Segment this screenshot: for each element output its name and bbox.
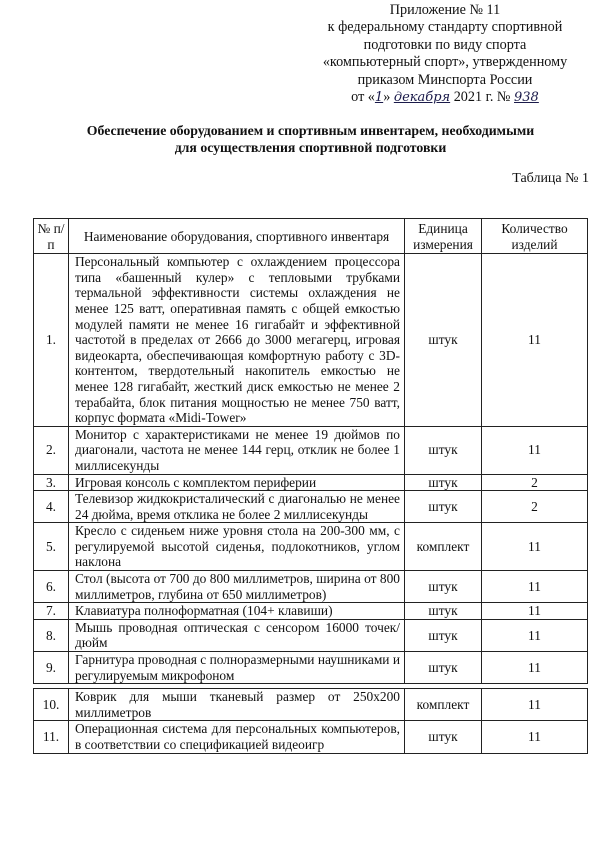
appendix-line: приказом Минспорта России bbox=[300, 72, 590, 89]
handwritten-day: 1 bbox=[375, 90, 383, 105]
header-number: № п/п bbox=[34, 219, 69, 254]
row-number: 10. bbox=[34, 689, 69, 721]
row-number: 4. bbox=[34, 491, 69, 523]
equipment-table: № п/п Наименование оборудования, спортив… bbox=[33, 218, 588, 754]
table-row: 10.Коврик для мыши тканевый размер от 25… bbox=[34, 689, 588, 721]
row-name: Гарнитура проводная с полноразмерными на… bbox=[69, 652, 405, 684]
row-number: 6. bbox=[34, 571, 69, 603]
row-number: 11. bbox=[34, 721, 69, 753]
row-name: Персональный компьютер с охлаждением про… bbox=[69, 254, 405, 427]
row-unit: штук bbox=[405, 254, 482, 427]
row-unit: штук bbox=[405, 474, 482, 491]
table-row: 8.Мышь проводная оптическая с сенсором 1… bbox=[34, 619, 588, 651]
row-number: 2. bbox=[34, 426, 69, 474]
row-quantity: 2 bbox=[482, 491, 588, 523]
date-mid: » bbox=[383, 89, 390, 105]
handwritten-month: декабря bbox=[394, 90, 450, 105]
appendix-line: Приложение № 11 bbox=[300, 2, 590, 19]
document-title: Обеспечение оборудованием и спортивным и… bbox=[30, 122, 591, 156]
table-label: Таблица № 1 bbox=[512, 171, 589, 187]
row-name: Клавиатура полноформатная (104+ клавиши) bbox=[69, 603, 405, 620]
appendix-line: к федеральному стандарту спортивной bbox=[300, 19, 590, 36]
table-row: 2.Монитор с характеристиками не менее 19… bbox=[34, 426, 588, 474]
table-row: 4.Телевизор жидкокристалический с диагон… bbox=[34, 491, 588, 523]
title-line: Обеспечение оборудованием и спортивным и… bbox=[30, 122, 591, 139]
row-quantity: 11 bbox=[482, 426, 588, 474]
row-quantity: 11 bbox=[482, 254, 588, 427]
row-name: Игровая консоль с комплектом периферии bbox=[69, 474, 405, 491]
row-number: 3. bbox=[34, 474, 69, 491]
handwritten-order-number: 938 bbox=[514, 90, 539, 105]
date-year: 2021 г. № bbox=[454, 89, 511, 105]
row-quantity: 11 bbox=[482, 619, 588, 651]
row-number: 8. bbox=[34, 619, 69, 651]
row-quantity: 2 bbox=[482, 474, 588, 491]
order-date-line: от «1» декабря 2021 г. № 938 bbox=[300, 89, 590, 106]
date-prefix: от « bbox=[351, 89, 375, 105]
row-unit: комплект bbox=[405, 689, 482, 721]
table-header-row: № п/п Наименование оборудования, спортив… bbox=[34, 219, 588, 254]
row-unit: штук bbox=[405, 571, 482, 603]
row-name: Коврик для мыши тканевый размер от 250х2… bbox=[69, 689, 405, 721]
row-name: Мышь проводная оптическая с сенсором 160… bbox=[69, 619, 405, 651]
row-name: Кресло с сиденьем ниже уровня стола на 2… bbox=[69, 523, 405, 571]
row-quantity: 11 bbox=[482, 523, 588, 571]
row-number: 7. bbox=[34, 603, 69, 620]
row-name: Операционная система для персональных ко… bbox=[69, 721, 405, 753]
table-row: 11.Операционная система для персональных… bbox=[34, 721, 588, 753]
row-number: 5. bbox=[34, 523, 69, 571]
row-quantity: 11 bbox=[482, 721, 588, 753]
title-line: для осуществления спортивной подготовки bbox=[30, 139, 591, 156]
table-row: 3.Игровая консоль с комплектом периферии… bbox=[34, 474, 588, 491]
table-row: 6.Стол (высота от 700 до 800 миллиметров… bbox=[34, 571, 588, 603]
row-unit: штук bbox=[405, 721, 482, 753]
row-unit: штук bbox=[405, 491, 482, 523]
row-quantity: 11 bbox=[482, 689, 588, 721]
row-unit: штук bbox=[405, 652, 482, 684]
row-name: Телевизор жидкокристалический с диагонал… bbox=[69, 491, 405, 523]
row-unit: штук bbox=[405, 619, 482, 651]
header-unit: Единица измерения bbox=[405, 219, 482, 254]
row-number: 9. bbox=[34, 652, 69, 684]
table-row: 5.Кресло с сиденьем ниже уровня стола на… bbox=[34, 523, 588, 571]
row-unit: комплект bbox=[405, 523, 482, 571]
header-quantity: Количество изделий bbox=[482, 219, 588, 254]
appendix-line: подготовки по виду спорта bbox=[300, 37, 590, 54]
row-name: Стол (высота от 700 до 800 миллиметров, … bbox=[69, 571, 405, 603]
appendix-header: Приложение № 11 к федеральному стандарту… bbox=[300, 2, 590, 106]
appendix-line: «компьютерный спорт», утвержденному bbox=[300, 54, 590, 71]
table-row: 1.Персональный компьютер с охлаждением п… bbox=[34, 254, 588, 427]
row-quantity: 11 bbox=[482, 652, 588, 684]
table-row: 7.Клавиатура полноформатная (104+ клавиш… bbox=[34, 603, 588, 620]
row-quantity: 11 bbox=[482, 603, 588, 620]
row-name: Монитор с характеристиками не менее 19 д… bbox=[69, 426, 405, 474]
header-name: Наименование оборудования, спортивного и… bbox=[69, 219, 405, 254]
row-unit: штук bbox=[405, 603, 482, 620]
row-quantity: 11 bbox=[482, 571, 588, 603]
table-row: 9.Гарнитура проводная с полноразмерными … bbox=[34, 652, 588, 684]
row-unit: штук bbox=[405, 426, 482, 474]
row-number: 1. bbox=[34, 254, 69, 427]
